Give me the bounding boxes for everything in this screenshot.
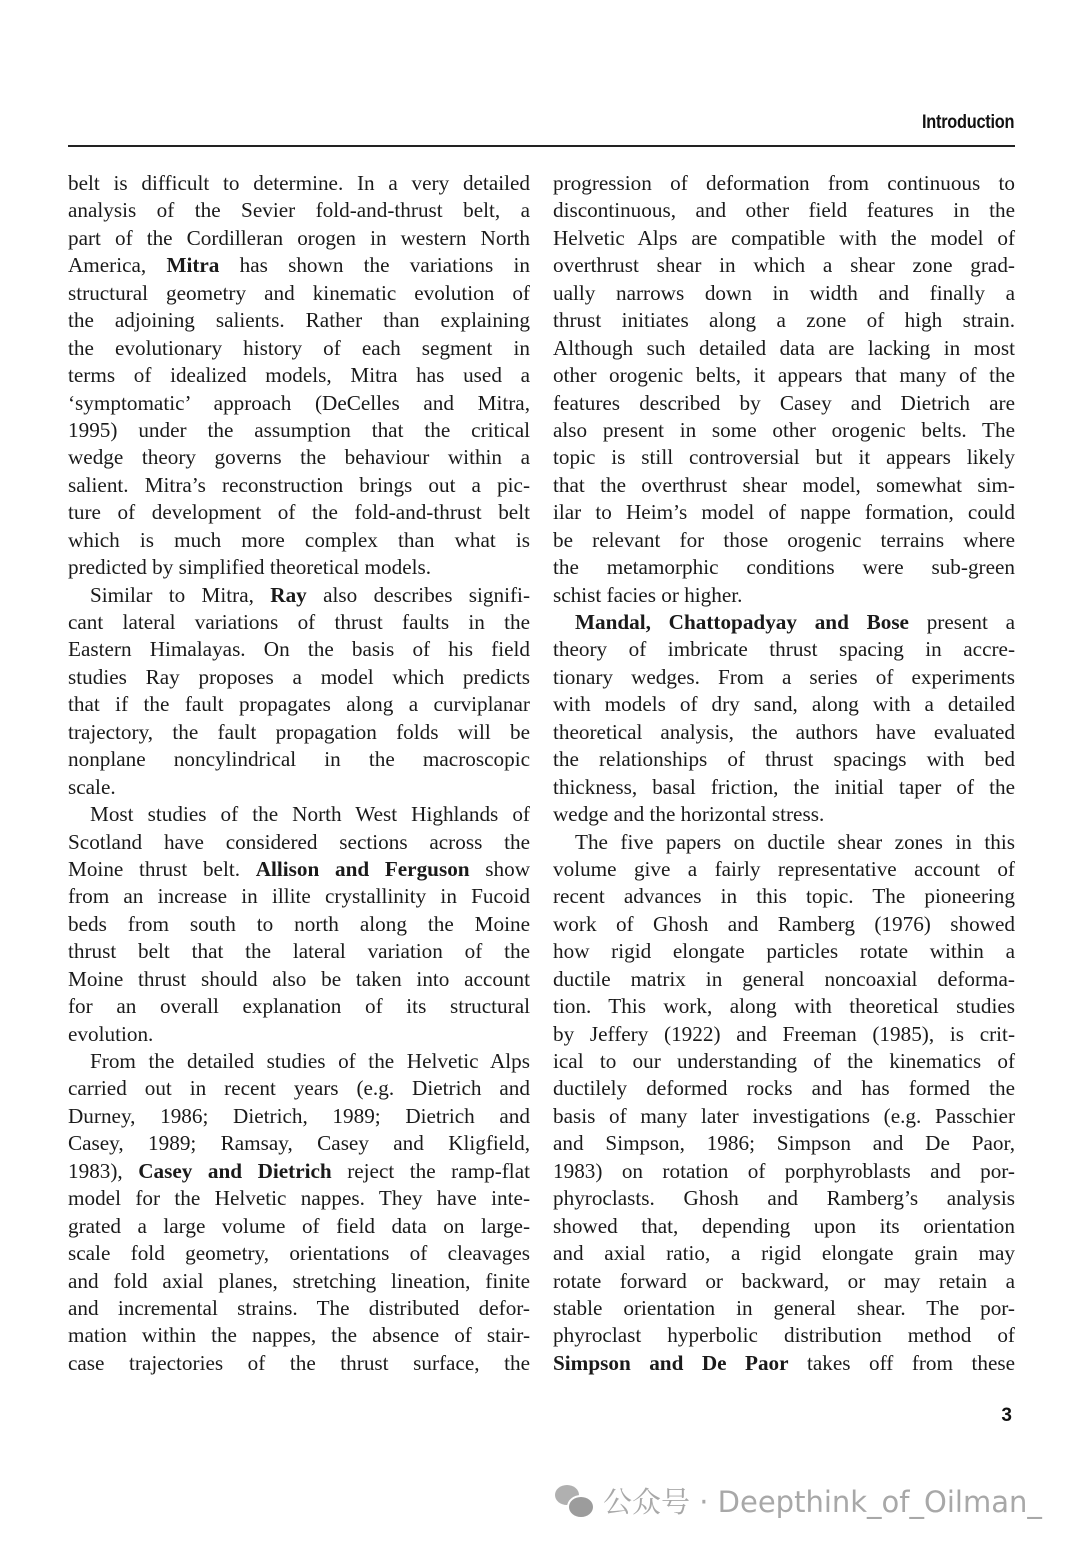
text-segment: and Simpson, 1986; Simpson and De Paor, <box>553 1131 1015 1155</box>
text-line: trajectory, the fault propagation folds … <box>68 719 530 746</box>
text-segment: progression of deformation from continuo… <box>553 171 1015 195</box>
text-segment: theoretical analysis, the authors have e… <box>553 720 1015 744</box>
text-line: ually narrows down in width and finally … <box>553 280 1015 307</box>
text-segment: Moine thrust should also be taken into a… <box>68 967 530 991</box>
text-line: the metamorphic conditions were sub-gree… <box>553 554 1015 581</box>
text-line: wedge theory governs the behaviour withi… <box>68 444 530 471</box>
text-segment: that the overthrust shear model, somewha… <box>553 473 1015 497</box>
text-segment: schist facies or higher. <box>553 583 742 607</box>
text-line: progression of deformation from continuo… <box>553 170 1015 197</box>
text-segment: basis of many later investigations (e.g.… <box>553 1104 1015 1128</box>
text-segment: Similar to Mitra, <box>90 583 270 607</box>
text-segment: phyroclast hyperbolic distribution metho… <box>553 1323 1015 1347</box>
text-line: how rigid elongate particles rotate with… <box>553 938 1015 965</box>
text-line: Similar to Mitra, Ray also describes sig… <box>68 582 530 609</box>
text-segment: Eastern Himalayas. On the basis of his f… <box>68 637 530 661</box>
text-segment: analysis of the Sevier fold-and-thrust b… <box>68 198 530 222</box>
text-line: belt is difficult to determine. In a ver… <box>68 170 530 197</box>
text-line: Mandal, Chattopadyay and Bose present a <box>553 609 1015 636</box>
text-segment: theory of imbricate thrust spacing in ac… <box>553 637 1015 661</box>
text-segment: thrust initiates along a zone of high st… <box>553 308 1015 332</box>
bold-author-name: Mandal, Chattopadyay and Bose <box>575 610 909 634</box>
text-segment: trajectory, the fault propagation folds … <box>68 720 530 744</box>
text-line: stable orientation in general shear. The… <box>553 1295 1015 1322</box>
text-segment: From the detailed studies of the Helveti… <box>90 1049 530 1073</box>
header-rule <box>68 145 1015 147</box>
text-line: case trajectories of the thrust surface,… <box>68 1350 530 1377</box>
text-line: also present in some other orogenic belt… <box>553 417 1015 444</box>
bold-author-name: Simpson and De Paor <box>553 1351 789 1375</box>
text-segment: be relevant for those orogenic terrains … <box>553 528 1015 552</box>
text-line: America, Mitra has shown the variations … <box>68 252 530 279</box>
text-line: part of the Cordilleran orogen in wester… <box>68 225 530 252</box>
text-line: ture of development of the fold-and-thru… <box>68 499 530 526</box>
text-segment: 1995) under the assumption that the crit… <box>68 418 530 442</box>
text-line: ‘symptomatic’ approach (DeCelles and Mit… <box>68 390 530 417</box>
text-line: beds from south to north along the Moine <box>68 911 530 938</box>
text-line: tionary wedges. From a series of experim… <box>553 664 1015 691</box>
text-line: schist facies or higher. <box>553 582 1015 609</box>
bold-author-name: Casey and Dietrich <box>138 1159 331 1183</box>
text-segment: the evolutionary history of each segment… <box>68 336 530 360</box>
text-segment: cant lateral variations of thrust faults… <box>68 610 530 634</box>
text-segment: Scotland have considered sections across… <box>68 830 530 854</box>
text-segment: grated a large volume of field data on l… <box>68 1214 530 1238</box>
text-segment: ilar to Heim’s model of nappe formation,… <box>553 500 1015 524</box>
text-segment: topic is still controversial but it appe… <box>553 445 1015 469</box>
text-line: The five papers on ductile shear zones i… <box>553 829 1015 856</box>
text-line: 1983), Casey and Dietrich reject the ram… <box>68 1158 530 1185</box>
text-segment: carried out in recent years (e.g. Dietri… <box>68 1076 530 1100</box>
text-segment: predicted by simplified theoretical mode… <box>68 555 431 579</box>
text-segment: work of Ghosh and Ramberg (1976) showed <box>553 912 1015 936</box>
text-line: From the detailed studies of the Helveti… <box>68 1048 530 1075</box>
text-line: which is much more complex than what is <box>68 527 530 554</box>
text-segment: stable orientation in general shear. The… <box>553 1296 1015 1320</box>
text-segment: belt is difficult to determine. In a ver… <box>68 171 530 195</box>
text-segment: reject the ramp-flat <box>332 1159 530 1183</box>
text-line: overthrust shear in which a shear zone g… <box>553 252 1015 279</box>
text-line: carried out in recent years (e.g. Dietri… <box>68 1075 530 1102</box>
text-line: the adjoining salients. Rather than expl… <box>68 307 530 334</box>
text-segment: by Jeffery (1922) and Freeman (1985), is… <box>553 1022 1015 1046</box>
text-line: studies Ray proposes a model which predi… <box>68 664 530 691</box>
page-number: 3 <box>1001 1405 1012 1427</box>
text-segment: salient. Mitra’s reconstruction brings o… <box>68 473 530 497</box>
text-line: mation within the nappes, the absence of… <box>68 1322 530 1349</box>
text-segment: ‘symptomatic’ approach (DeCelles and Mit… <box>68 391 530 415</box>
text-line: and incremental strains. The distributed… <box>68 1295 530 1322</box>
text-segment: the adjoining salients. Rather than expl… <box>68 308 530 332</box>
text-segment: showed that, depending upon its orientat… <box>553 1214 1015 1238</box>
text-segment: that if the fault propagates along a cur… <box>68 692 530 716</box>
text-segment: ture of development of the fold-and-thru… <box>68 500 530 524</box>
text-segment: Durney, 1986; Dietrich, 1989; Dietrich a… <box>68 1104 530 1128</box>
text-line: model for the Helvetic nappes. They have… <box>68 1185 530 1212</box>
text-line: volume give a fairly representative acco… <box>553 856 1015 883</box>
text-segment: overthrust shear in which a shear zone g… <box>553 253 1015 277</box>
text-segment: volume give a fairly representative acco… <box>553 857 1015 881</box>
text-line: 1983) on rotation of porphyroblasts and … <box>553 1158 1015 1185</box>
text-line: rotate forward or backward, or may retai… <box>553 1268 1015 1295</box>
text-line: grated a large volume of field data on l… <box>68 1213 530 1240</box>
text-segment: evolution. <box>68 1022 153 1046</box>
text-line: Scotland have considered sections across… <box>68 829 530 856</box>
text-line: wedge and the horizontal stress. <box>553 801 1015 828</box>
text-segment: tion. This work, along with theoretical … <box>553 994 1015 1018</box>
wechat-icon <box>555 1485 593 1517</box>
text-line: tion. This work, along with theoretical … <box>553 993 1015 1020</box>
text-segment: terms of idealized models, Mitra has use… <box>68 363 530 387</box>
text-line: cant lateral variations of thrust faults… <box>68 609 530 636</box>
text-segment: scale. <box>68 775 116 799</box>
text-line: scale fold geometry, orientations of cle… <box>68 1240 530 1267</box>
text-segment: America, <box>68 253 166 277</box>
text-segment: model for the Helvetic nappes. They have… <box>68 1186 530 1210</box>
text-segment: ductile matrix in general noncoaxial def… <box>553 967 1015 991</box>
text-line: Durney, 1986; Dietrich, 1989; Dietrich a… <box>68 1103 530 1130</box>
text-segment: thickness, basal friction, the initial t… <box>553 775 1015 799</box>
text-line: basis of many later investigations (e.g.… <box>553 1103 1015 1130</box>
text-segment: the metamorphic conditions were sub-gree… <box>553 555 1015 579</box>
text-line: salient. Mitra’s reconstruction brings o… <box>68 472 530 499</box>
text-line: recent advances in this topic. The pione… <box>553 883 1015 910</box>
text-segment: studies Ray proposes a model which predi… <box>68 665 530 689</box>
text-segment: The five papers on ductile shear zones i… <box>575 830 1015 854</box>
text-segment: with models of dry sand, along with a de… <box>553 692 1015 716</box>
text-line: terms of idealized models, Mitra has use… <box>68 362 530 389</box>
left-column: belt is difficult to determine. In a ver… <box>68 170 530 1377</box>
text-segment: discontinuous, and other field features … <box>553 198 1015 222</box>
text-line: for an overall explanation of its struct… <box>68 993 530 1020</box>
text-line: Most studies of the North West Highlands… <box>68 801 530 828</box>
bold-author-name: Allison and Ferguson <box>256 857 470 881</box>
text-segment: ductilely deformed rocks and has formed … <box>553 1076 1015 1100</box>
text-line: 1995) under the assumption that the crit… <box>68 417 530 444</box>
text-segment: wedge and the horizontal stress. <box>553 802 824 826</box>
text-line: features described by Casey and Dietrich… <box>553 390 1015 417</box>
text-line: Simpson and De Paor takes off from these <box>553 1350 1015 1377</box>
text-segment: takes off from these <box>789 1351 1015 1375</box>
text-segment: Although such detailed data are lacking … <box>553 336 1015 360</box>
text-segment: show <box>470 857 530 881</box>
text-line: by Jeffery (1922) and Freeman (1985), is… <box>553 1021 1015 1048</box>
text-line: predicted by simplified theoretical mode… <box>68 554 530 581</box>
text-line: theoretical analysis, the authors have e… <box>553 719 1015 746</box>
text-line: that if the fault propagates along a cur… <box>68 691 530 718</box>
text-line: topic is still controversial but it appe… <box>553 444 1015 471</box>
text-segment: also describes signifi- <box>307 583 530 607</box>
text-segment: Helvetic Alps are compatible with the mo… <box>553 226 1015 250</box>
text-line: structural geometry and kinematic evolut… <box>68 280 530 307</box>
text-segment: 1983) on rotation of porphyroblasts and … <box>553 1159 1015 1183</box>
text-segment: present a <box>909 610 1015 634</box>
text-line: Although such detailed data are lacking … <box>553 335 1015 362</box>
text-line: theory of imbricate thrust spacing in ac… <box>553 636 1015 663</box>
text-line: discontinuous, and other field features … <box>553 197 1015 224</box>
text-line: thickness, basal friction, the initial t… <box>553 774 1015 801</box>
text-segment: which is much more complex than what is <box>68 528 530 552</box>
right-column: progression of deformation from continuo… <box>553 170 1015 1377</box>
text-line: from an increase in illite crystallinity… <box>68 883 530 910</box>
text-line: and fold axial planes, stretching lineat… <box>68 1268 530 1295</box>
text-segment: Casey, 1989; Ramsay, Casey and Kligfield… <box>68 1131 530 1155</box>
text-segment: how rigid elongate particles rotate with… <box>553 939 1015 963</box>
text-segment: and fold axial planes, stretching lineat… <box>68 1269 530 1293</box>
text-line: the relationships of thrust spacings wit… <box>553 746 1015 773</box>
text-line: Eastern Himalayas. On the basis of his f… <box>68 636 530 663</box>
text-segment: part of the Cordilleran orogen in wester… <box>68 226 530 250</box>
text-line: showed that, depending upon its orientat… <box>553 1213 1015 1240</box>
text-segment: scale fold geometry, orientations of cle… <box>68 1241 530 1265</box>
text-segment: phyroclasts. Ghosh and Ramberg’s analysi… <box>553 1186 1015 1210</box>
text-line: ductile matrix in general noncoaxial def… <box>553 966 1015 993</box>
text-segment: tionary wedges. From a series of experim… <box>553 665 1015 689</box>
text-line: that the overthrust shear model, somewha… <box>553 472 1015 499</box>
text-line: phyroclasts. Ghosh and Ramberg’s analysi… <box>553 1185 1015 1212</box>
text-line: work of Ghosh and Ramberg (1976) showed <box>553 911 1015 938</box>
watermark: 公众号 · Deepthink_of_Oilman_ <box>555 1480 1042 1521</box>
text-segment: beds from south to north along the Moine <box>68 912 530 936</box>
text-line: scale. <box>68 774 530 801</box>
text-line: evolution. <box>68 1021 530 1048</box>
bold-author-name: Mitra <box>166 253 219 277</box>
text-line: thrust initiates along a zone of high st… <box>553 307 1015 334</box>
text-line: ical to our understanding of the kinemat… <box>553 1048 1015 1075</box>
text-segment: has shown the variations in <box>219 253 530 277</box>
text-segment: rotate forward or backward, or may retai… <box>553 1269 1015 1293</box>
text-segment: case trajectories of the thrust surface,… <box>68 1351 530 1375</box>
running-head: Introduction <box>922 112 1014 134</box>
text-line: with models of dry sand, along with a de… <box>553 691 1015 718</box>
text-line: other orogenic belts, it appears that ma… <box>553 362 1015 389</box>
text-segment: also present in some other orogenic belt… <box>553 418 1015 442</box>
text-segment: features described by Casey and Dietrich… <box>553 391 1015 415</box>
text-segment: recent advances in this topic. The pione… <box>553 884 1015 908</box>
text-line: phyroclast hyperbolic distribution metho… <box>553 1322 1015 1349</box>
text-line: Moine thrust belt. Allison and Ferguson … <box>68 856 530 883</box>
bold-author-name: Ray <box>270 583 307 607</box>
text-line: Casey, 1989; Ramsay, Casey and Kligfield… <box>68 1130 530 1157</box>
text-segment: mation within the nappes, the absence of… <box>68 1323 530 1347</box>
text-segment: thrust belt that the lateral variation o… <box>68 939 530 963</box>
text-line: and axial ratio, a rigid elongate grain … <box>553 1240 1015 1267</box>
text-segment: structural geometry and kinematic evolut… <box>68 281 530 305</box>
text-segment: and incremental strains. The distributed… <box>68 1296 530 1320</box>
text-segment: and axial ratio, a rigid elongate grain … <box>553 1241 1015 1265</box>
text-line: nonplane noncylindrical in the macroscop… <box>68 746 530 773</box>
text-segment: the relationships of thrust spacings wit… <box>553 747 1015 771</box>
text-segment: Most studies of the North West Highlands… <box>90 802 530 826</box>
text-line: ilar to Heim’s model of nappe formation,… <box>553 499 1015 526</box>
watermark-text: 公众号 · Deepthink_of_Oilman_ <box>603 1480 1042 1521</box>
text-line: and Simpson, 1986; Simpson and De Paor, <box>553 1130 1015 1157</box>
text-segment: for an overall explanation of its struct… <box>68 994 530 1018</box>
text-segment: ually narrows down in width and finally … <box>553 281 1015 305</box>
text-segment: ical to our understanding of the kinemat… <box>553 1049 1015 1073</box>
text-line: Helvetic Alps are compatible with the mo… <box>553 225 1015 252</box>
text-line: thrust belt that the lateral variation o… <box>68 938 530 965</box>
text-line: the evolutionary history of each segment… <box>68 335 530 362</box>
text-line: ductilely deformed rocks and has formed … <box>553 1075 1015 1102</box>
text-segment: nonplane noncylindrical in the macroscop… <box>68 747 530 771</box>
text-segment: wedge theory governs the behaviour withi… <box>68 445 530 469</box>
text-segment: from an increase in illite crystallinity… <box>68 884 530 908</box>
text-line: Moine thrust should also be taken into a… <box>68 966 530 993</box>
text-segment: other orogenic belts, it appears that ma… <box>553 363 1015 387</box>
text-segment: 1983), <box>68 1159 138 1183</box>
text-segment: Moine thrust belt. <box>68 857 256 881</box>
text-line: analysis of the Sevier fold-and-thrust b… <box>68 197 530 224</box>
text-line: be relevant for those orogenic terrains … <box>553 527 1015 554</box>
